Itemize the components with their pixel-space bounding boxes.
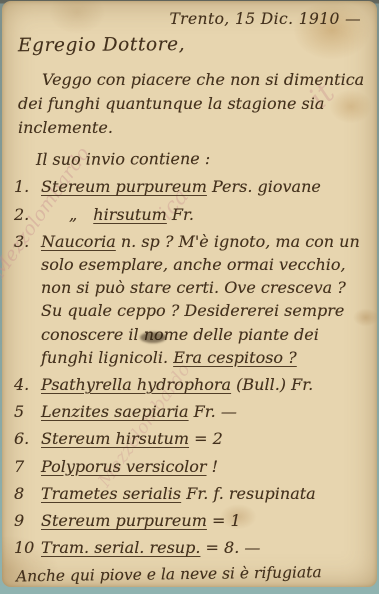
item-text: Stereum purpureum Pers. giovane — [41, 175, 367, 198]
item-number: 2. — [14, 203, 41, 226]
closing-line: Anche qui piove e la neve si è rifugiata — [16, 561, 367, 588]
item-text: „hirsutum Fr. — [41, 203, 367, 226]
item-number: 8 — [14, 482, 41, 505]
list-item: 7Polyporus versicolor ! — [14, 455, 367, 478]
item-text: Stereum purpureum = 1 — [41, 509, 367, 532]
species-name: Stereum hirsutum — [41, 429, 189, 448]
item-number: 6. — [14, 427, 41, 450]
item-number: 9 — [14, 509, 41, 532]
list-intro: Il suo invio contiene : — [36, 146, 367, 171]
item-text: Trametes serialis Fr. f. resupinata — [41, 482, 367, 505]
list-item: 4.Psathyrella hydrophora (Bull.) Fr. — [14, 373, 367, 396]
species-name: Naucoria — [41, 232, 116, 251]
species-name-tail: Era cespitoso ? — [173, 348, 297, 367]
species-name: Trametes serialis — [41, 484, 181, 503]
item-text: Tram. serial. resup. = 8. — — [41, 536, 367, 559]
handwritten-content: Trento, 15 Dic. 1910 — Egregio Dottore, … — [2, 1, 377, 587]
item-number: 7 — [14, 455, 41, 478]
item-number: 3. — [14, 230, 41, 253]
item-text: Polyporus versicolor ! — [41, 455, 367, 478]
salutation: Egregio Dottore, — [18, 31, 367, 60]
item-number: 4. — [14, 373, 41, 396]
species-name: hirsutum — [93, 205, 167, 224]
postcard-paper: Mezzolombardo Mezzolombardo ica it Trent… — [2, 1, 377, 587]
species-name: Stereum purpureum — [41, 177, 207, 196]
item-number: 10 — [14, 536, 41, 559]
item-text: Psathyrella hydrophora (Bull.) Fr. — [41, 373, 367, 396]
species-name: Tram. serial. resup. — [41, 538, 200, 557]
ditto-mark: „ — [69, 203, 77, 226]
item-text: Stereum hirsutum = 2 — [41, 427, 367, 450]
list-item: 2.„hirsutum Fr. — [14, 203, 367, 226]
list-item: 5Lenzites saepiaria Fr. — — [14, 400, 367, 423]
opening-paragraph: Veggo con piacere che non si dimentica d… — [18, 68, 365, 140]
species-name: Psathyrella hydrophora — [41, 375, 231, 394]
list-item: 3.Naucoria n. sp ? M'è ignoto, ma con un… — [14, 230, 367, 369]
species-list: 1.Stereum purpureum Pers. giovane2.„hirs… — [14, 175, 367, 559]
list-item: 6.Stereum hirsutum = 2 — [14, 427, 367, 450]
item-text: Lenzites saepiaria Fr. — — [41, 400, 367, 423]
species-name: Polyporus versicolor — [41, 457, 207, 476]
dateline: Trento, 15 Dic. 1910 — — [14, 8, 367, 30]
item-number: 1. — [14, 175, 41, 198]
item-number: 5 — [14, 400, 41, 423]
list-item: 8Trametes serialis Fr. f. resupinata — [14, 482, 367, 505]
item-text: Naucoria n. sp ? M'è ignoto, ma con un s… — [41, 230, 367, 369]
species-name: Stereum purpureum — [41, 511, 207, 530]
list-item: 1.Stereum purpureum Pers. giovane — [14, 175, 367, 198]
list-item: 9Stereum purpureum = 1 — [14, 509, 367, 532]
list-item: 10Tram. serial. resup. = 8. — — [14, 536, 367, 559]
species-name: Lenzites saepiaria — [41, 402, 189, 421]
